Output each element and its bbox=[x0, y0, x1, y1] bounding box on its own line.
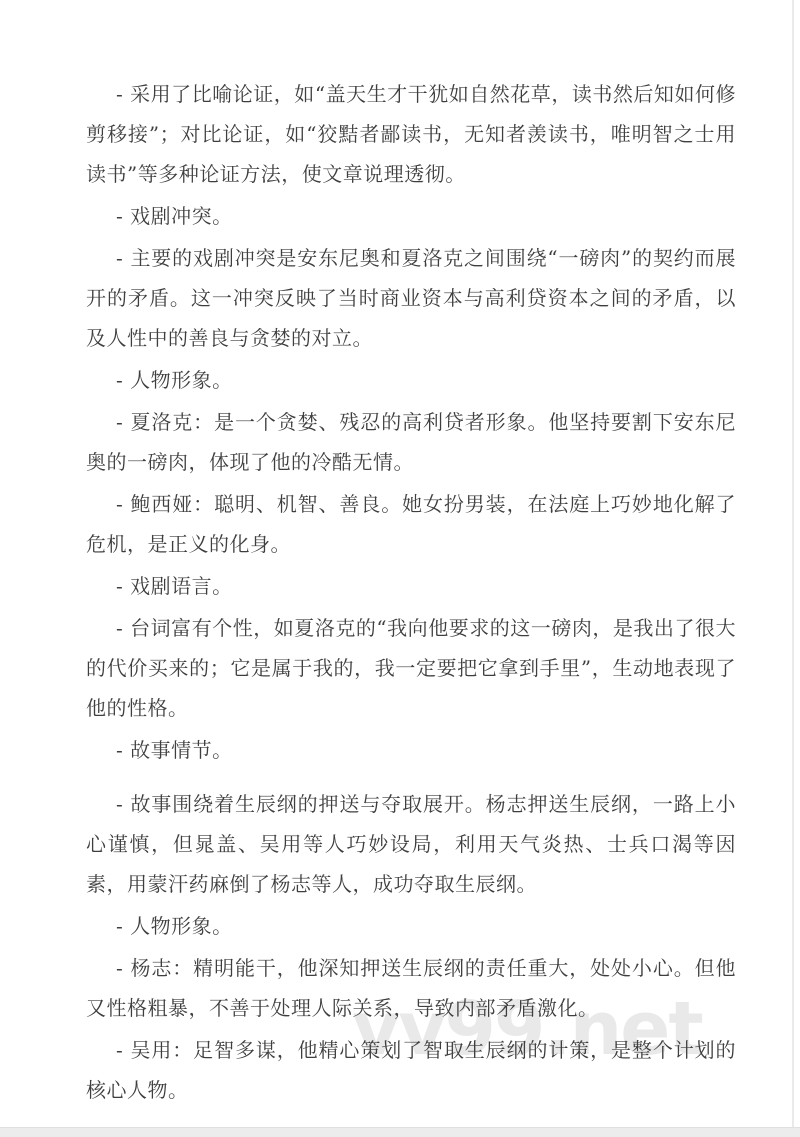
document-page: - 采用了比喻论证，如“盖天生才干犹如自然花草，读书然后知如何修剪移接”；对比论… bbox=[0, 0, 800, 1137]
paragraph-portia: - 鲍西娅：聪明、机智、善良。她女扮男装，在法庭上巧妙地化解了危机，是正义的化身… bbox=[86, 484, 736, 564]
footer-bar bbox=[0, 1127, 800, 1137]
paragraph-shylock: - 夏洛克：是一个贪婪、残忍的高利贷者形象。他坚持要割下安东尼奥的一磅肉，体现了… bbox=[86, 402, 736, 482]
page-root: { "page": { "watermark_text": "vv99.net"… bbox=[0, 0, 800, 1137]
paragraph-drama-conflict-detail: - 主要的戏剧冲突是安东尼奥和夏洛克之间围绕“一磅肉”的契约而展开的矛盾。这一冲… bbox=[86, 238, 736, 358]
paragraph-heading-characters-1: - 人物形象。 bbox=[86, 360, 736, 400]
paragraph-yangzhi: - 杨志：精明能干，他深知押送生辰纲的责任重大，处处小心。但他又性格粗暴，不善于… bbox=[86, 948, 736, 1028]
paragraph-argumentation-methods: - 采用了比喻论证，如“盖天生才干犹如自然花草，读书然后知如何修剪移接”；对比论… bbox=[86, 74, 736, 194]
paragraph-heading-plot: - 故事情节。 bbox=[86, 730, 736, 770]
paragraph-heading-characters-2: - 人物形象。 bbox=[86, 906, 736, 946]
paragraph-heading-drama-conflict: - 戏剧冲突。 bbox=[86, 196, 736, 236]
document-body: - 采用了比喻论证，如“盖天生才干犹如自然花草，读书然后知如何修剪移接”；对比论… bbox=[86, 74, 736, 1112]
paragraph-plot-detail: - 故事围绕着生辰纲的押送与夺取展开。杨志押送生辰纲，一路上小心谨慎，但晁盖、吴… bbox=[86, 784, 736, 904]
paragraph-heading-drama-language: - 戏剧语言。 bbox=[86, 566, 736, 606]
page-edge-line bbox=[792, 0, 794, 1137]
paragraph-drama-language-detail: - 台词富有个性，如夏洛克的“我向他要求的这一磅肉，是我出了很大的代价买来的；它… bbox=[86, 608, 736, 728]
paragraph-wuyong: - 吴用：足智多谋，他精心策划了智取生辰纲的计策，是整个计划的核心人物。 bbox=[86, 1030, 736, 1110]
